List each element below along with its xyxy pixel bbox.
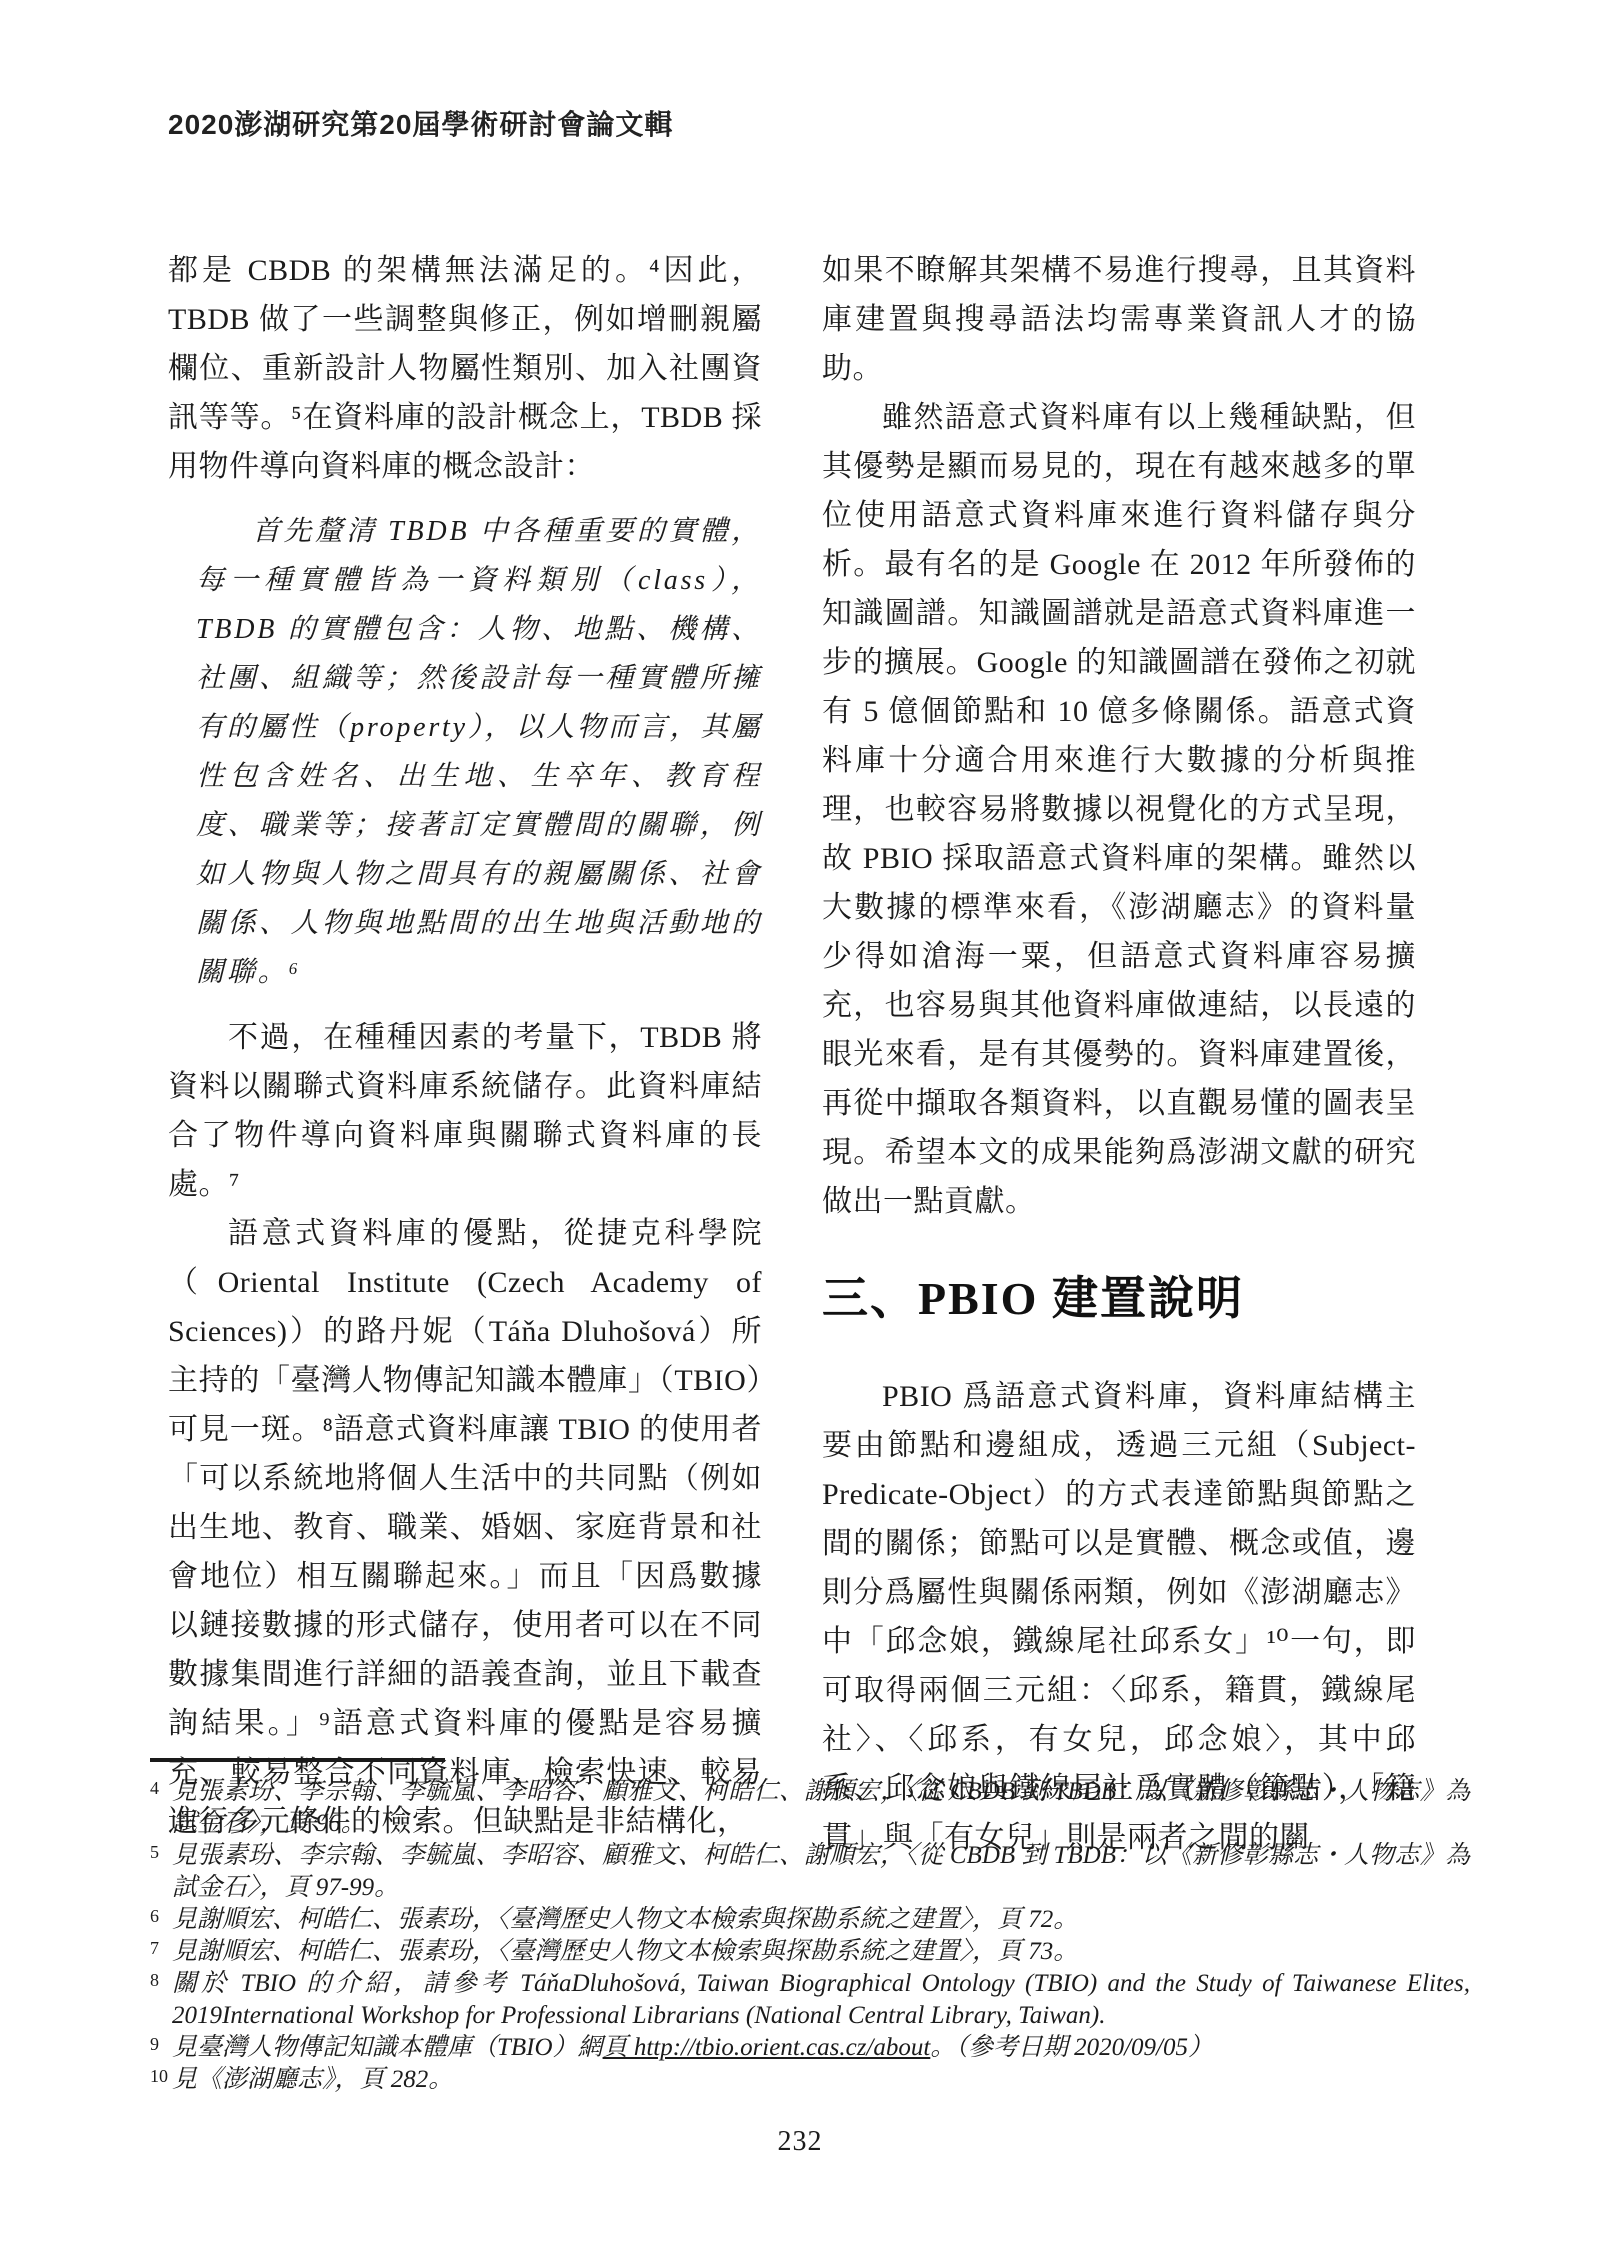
right-column: 如果不瞭解其架構不易進行搜尋，且其資料庫建置與搜尋語法均需專業資訊人才的協助。 … [822, 246, 1416, 1862]
footnote-text: 見謝順宏、柯皓仁、張素玢，〈臺灣歷史人物文本檢索與探勘系統之建置〉，頁 73。 [172, 1938, 1078, 1965]
footnote-number: 8 [150, 1964, 159, 1996]
footnote-text: 見《澎湖廳志》，頁 282。 [172, 2066, 453, 2093]
footnote-number: 10 [150, 2060, 168, 2092]
footnote-item: 4見張素玢、李宗翰、李毓嵐、李昭容、顧雅文、柯皓仁、謝順宏，〈從 CBDB 到 … [150, 1776, 1470, 1840]
footnote-text: 見張素玢、李宗翰、李毓嵐、李昭容、顧雅文、柯皓仁、謝順宏，〈從 CBDB 到 T… [172, 1778, 1470, 1837]
footnote-item: 7見謝順宏、柯皓仁、張素玢，〈臺灣歷史人物文本檢索與探勘系統之建置〉，頁 73。 [150, 1936, 1470, 1968]
footnote-item: 5見張素玢、李宗翰、李毓嵐、李昭容、顧雅文、柯皓仁、謝順宏，〈從 CBDB 到 … [150, 1840, 1470, 1904]
footnote-number: 6 [150, 1900, 159, 1932]
paragraph-continuation: 都是 CBDB 的架構無法滿足的。⁴因此，TBDB 做了一些調整與修正，例如增刪… [168, 246, 762, 491]
footnote-number: 4 [150, 1772, 159, 1804]
page-number: 232 [0, 2126, 1600, 2158]
footnote-text: 。（參考日期 2020/09/05） [930, 2034, 1213, 2061]
footnote-item: 10見《澎湖廳志》，頁 282。 [150, 2064, 1470, 2096]
footnotes-block: 4見張素玢、李宗翰、李毓嵐、李昭容、顧雅文、柯皓仁、謝順宏，〈從 CBDB 到 … [150, 1758, 1470, 2096]
footnote-separator [150, 1758, 445, 1762]
paragraph: 雖然語意式資料庫有以上幾種缺點，但其優勢是顯而易見的，現在有越來越多的單位使用語… [822, 393, 1416, 1226]
paragraph: 語意式資料庫的優點，從捷克科學院（Oriental Institute (Cze… [168, 1209, 762, 1846]
section-heading: 三、PBIO 建置說明 [822, 1262, 1416, 1328]
left-column: 都是 CBDB 的架構無法滿足的。⁴因此，TBDB 做了一些調整與修正，例如增刪… [168, 246, 762, 1846]
paragraph: 不過，在種種因素的考量下，TBDB 將資料以關聯式資料庫系統儲存。此資料庫結合了… [168, 1013, 762, 1209]
blockquote: 首先釐清 TBDB 中各種重要的實體，每一種實體皆為一資料類別（class），T… [196, 507, 762, 997]
footnote-number: 5 [150, 1836, 159, 1868]
document-page: 2020澎湖研究第20屆學術研討會論文輯 都是 CBDB 的架構無法滿足的。⁴因… [0, 0, 1600, 2263]
footnote-item: 8關於 TBIO 的介紹，請參考 TáňaDluhošová, Taiwan B… [150, 1968, 1470, 2032]
footnote-item: 6見謝順宏、柯皓仁、張素玢，〈臺灣歷史人物文本檢索與探勘系統之建置〉，頁 72。 [150, 1904, 1470, 1936]
footnote-url-link[interactable]: 頁 http://tbio.orient.cas.cz/about [603, 2034, 931, 2061]
footnote-text: 關於 TBIO 的介紹，請參考 TáňaDluhošová, Taiwan Bi… [172, 1970, 1470, 2029]
footnote-number: 9 [150, 2028, 159, 2060]
footnote-number: 7 [150, 1932, 159, 1964]
footnote-item: 9見臺灣人物傳記知識本體庫（TBIO）網頁 http://tbio.orient… [150, 2032, 1470, 2064]
footnote-text: 見臺灣人物傳記知識本體庫（TBIO）網 [172, 2034, 603, 2061]
running-header: 2020澎湖研究第20屆學術研討會論文輯 [168, 103, 673, 143]
paragraph-continuation: 如果不瞭解其架構不易進行搜尋，且其資料庫建置與搜尋語法均需專業資訊人才的協助。 [822, 246, 1416, 393]
footnote-text: 見謝順宏、柯皓仁、張素玢，〈臺灣歷史人物文本檢索與探勘系統之建置〉，頁 72。 [172, 1906, 1078, 1933]
footnote-text: 見張素玢、李宗翰、李毓嵐、李昭容、顧雅文、柯皓仁、謝順宏，〈從 CBDB 到 T… [172, 1842, 1470, 1901]
